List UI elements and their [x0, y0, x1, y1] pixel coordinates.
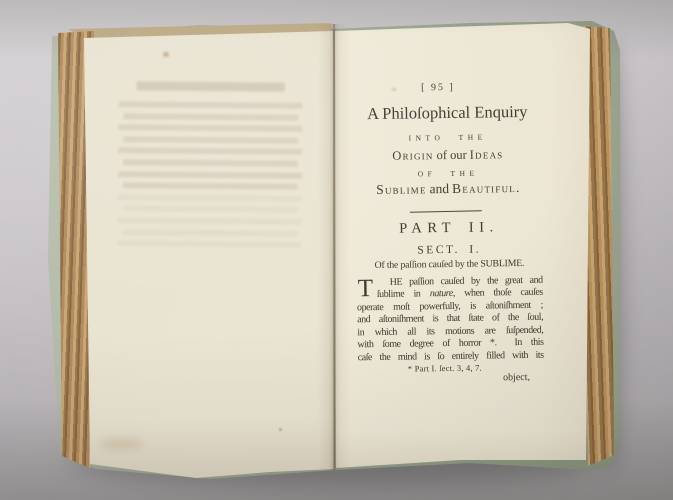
body-segment: with ſome degree of horror *. In this	[357, 337, 543, 351]
ghost-text-line	[122, 206, 297, 214]
catchword: object,	[358, 372, 544, 386]
part-heading: PART II.	[356, 219, 542, 239]
body-segment: ſublime in	[377, 289, 430, 301]
title-word-origin: Origin	[392, 148, 433, 163]
drop-cap: T	[358, 278, 374, 300]
section-rule	[410, 210, 482, 213]
ghost-text-line	[118, 194, 302, 202]
body-segment: caſe the mind is ſo entirely filled with…	[358, 349, 544, 363]
book-photo-scene: [ 95 ] A Philoſophical Enquiry INTO THE …	[0, 0, 673, 500]
page-number: [ 95 ]	[345, 81, 531, 95]
ghost-text-line	[123, 136, 298, 144]
body-segment: operate moſt powerfully, is aſtoniſhment…	[357, 300, 543, 314]
right-page-content: [ 95 ] A Philoſophical Enquiry INTO THE …	[354, 69, 545, 402]
ghost-text-line	[122, 182, 297, 190]
foxing-spot	[279, 428, 282, 431]
title-into-the: INTO THE	[355, 132, 541, 144]
ghost-text-line	[117, 217, 301, 225]
ghost-text-line	[118, 148, 302, 156]
title-word-and: and	[430, 181, 450, 196]
body-segment: , when thoſe cauſes	[453, 287, 543, 299]
ghost-text-line	[118, 101, 302, 109]
body-segment: HE paſſion cauſed by the great and	[390, 275, 543, 288]
title-of-the: OF THE	[355, 168, 541, 180]
foxing-spot	[163, 52, 169, 57]
ghost-text-line	[122, 229, 297, 237]
ghost-heading-line	[137, 81, 285, 91]
title-word-of-our: of our	[436, 148, 466, 162]
section-subtitle: Of the paſſion cauſed by the SUBLIME.	[356, 258, 542, 272]
title-word-beautiful: Beautiful.	[452, 180, 521, 196]
ghost-text-line	[118, 124, 302, 132]
body-segment: and aſtoniſhment is that ſtate of the ſo…	[357, 312, 543, 326]
body-segment: in which all its motions are ſuſpended,	[357, 324, 543, 338]
title-main: A Philoſophical Enquiry	[354, 102, 540, 125]
show-through-text	[114, 81, 305, 248]
title-origin-ideas: Originof ourIdeas	[355, 147, 541, 165]
title-sublime-beautiful: SublimeandBeautiful.	[355, 180, 541, 199]
title-word-ideas: Ideas	[470, 147, 504, 161]
foxing-stain	[100, 438, 144, 450]
section-heading: SECT. I.	[356, 243, 542, 258]
body-text: T HE paſſion cauſed by the great andſubl…	[357, 275, 544, 366]
ghost-text-line	[123, 113, 298, 121]
ghost-text-line	[122, 159, 297, 167]
body-word-italic: nature	[430, 288, 453, 299]
title-word-sublime: Sublime	[376, 181, 427, 197]
ghost-text-line	[118, 171, 302, 179]
